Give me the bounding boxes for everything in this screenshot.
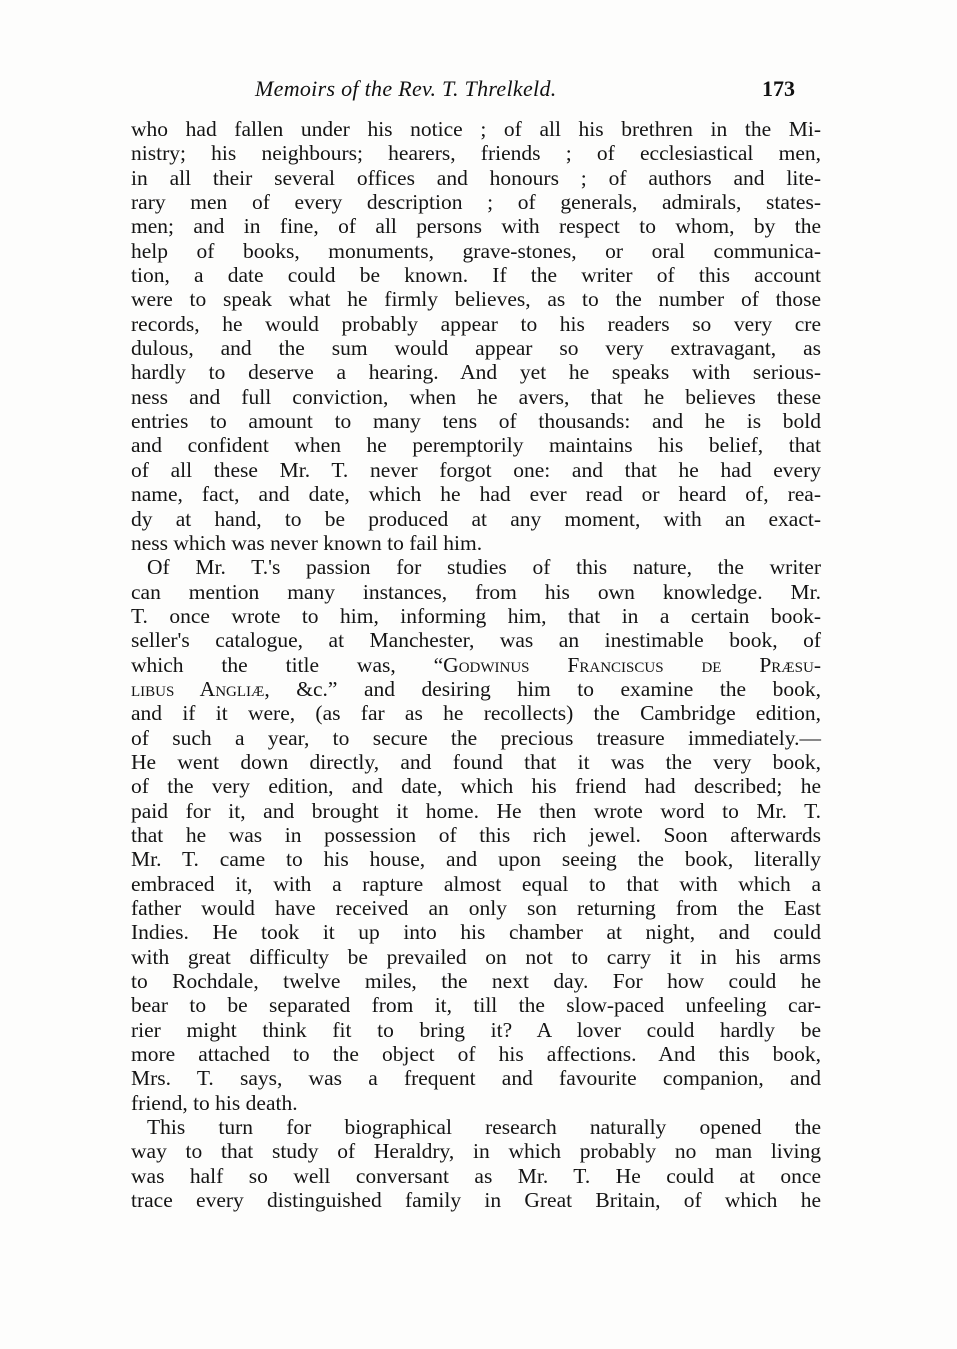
text-line: records, he would probably appear to his…: [131, 312, 821, 336]
text-line: that he was in possession of this rich j…: [131, 823, 821, 847]
text-line: Mrs. T. says, was a frequent and favouri…: [131, 1066, 821, 1090]
text-line: trace every distinguished family in Grea…: [131, 1188, 821, 1212]
text-line: of all these Mr. T. never forgot one: an…: [131, 458, 821, 482]
text-line: father would have received an only son r…: [131, 896, 821, 920]
running-head: Memoirs of the Rev. T. Threlkeld. 173: [130, 76, 820, 106]
text-line: This turn for biographical research natu…: [131, 1115, 821, 1139]
text-line: dulous, and the sum would appear so very…: [131, 336, 821, 360]
text-line: embraced it, with a rapture almost equal…: [131, 872, 821, 896]
text-line: more attached to the object of his affec…: [131, 1042, 821, 1066]
text-line: was half so well conversant as Mr. T. He…: [131, 1164, 821, 1188]
text-line: and if it were, (as far as he recollects…: [131, 701, 821, 725]
body-text: who had fallen under his notice ; of all…: [131, 117, 821, 1212]
text-line: in all their several offices and honours…: [131, 166, 821, 190]
text-line: ness which was never known to fail him.: [131, 531, 821, 555]
text-line: of such a year, to secure the precious t…: [131, 726, 821, 750]
page-number: 173: [762, 76, 795, 102]
text-line: were to speak what he firmly believes, a…: [131, 287, 821, 311]
text-line: which the title was, “Godwinus Franciscu…: [131, 653, 821, 677]
text-line: Indies. He took it up into his chamber a…: [131, 920, 821, 944]
text-line: Of Mr. T.'s passion for studies of this …: [131, 555, 821, 579]
text-line: bear to be separated from it, till the s…: [131, 993, 821, 1017]
book-title-small-caps: Godwinus Franciscus de Præsu-: [443, 653, 821, 677]
book-page: Memoirs of the Rev. T. Threlkeld. 173 wh…: [0, 0, 957, 1349]
text-line: entries to amount to many tens of thousa…: [131, 409, 821, 433]
running-title: Memoirs of the Rev. T. Threlkeld.: [255, 76, 557, 102]
text-line: paid for it, and brought it home. He the…: [131, 799, 821, 823]
book-title-small-caps: libus Angliæ: [131, 677, 264, 701]
text-line: can mention many instances, from his own…: [131, 580, 821, 604]
text-line: friend, to his death.: [131, 1091, 821, 1115]
text-line: ness and full conviction, when he avers,…: [131, 385, 821, 409]
text-line: who had fallen under his notice ; of all…: [131, 117, 821, 141]
text-line: dy at hand, to be produced at any moment…: [131, 507, 821, 531]
text-line: hardly to deserve a hearing. And yet he …: [131, 360, 821, 384]
text-line: name, fact, and date, which he had ever …: [131, 482, 821, 506]
text-line: of the very edition, and date, which his…: [131, 774, 821, 798]
text-line: men; and in fine, of all persons with re…: [131, 214, 821, 238]
text-line: seller's catalogue, at Manchester, was a…: [131, 628, 821, 652]
text-line: way to that study of Heraldry, in which …: [131, 1139, 821, 1163]
text-line: tion, a date could be known. If the writ…: [131, 263, 821, 287]
text-line: T. once wrote to him, informing him, tha…: [131, 604, 821, 628]
text-line: rary men of every description ; of gener…: [131, 190, 821, 214]
text-line: and confident when he peremptorily maint…: [131, 433, 821, 457]
text-line: help of books, monuments, grave-stones, …: [131, 239, 821, 263]
text-line: libus Angliæ, &c.” and desiring him to e…: [131, 677, 821, 701]
text-line: nistry; his neighbours; hearers, friends…: [131, 141, 821, 165]
text-line: to Rochdale, twelve miles, the next day.…: [131, 969, 821, 993]
text-line: Mr. T. came to his house, and upon seein…: [131, 847, 821, 871]
text-line: with great difficulty be prevailed on no…: [131, 945, 821, 969]
text-line: He went down directly, and found that it…: [131, 750, 821, 774]
text-line: rier might think fit to bring it? A love…: [131, 1018, 821, 1042]
